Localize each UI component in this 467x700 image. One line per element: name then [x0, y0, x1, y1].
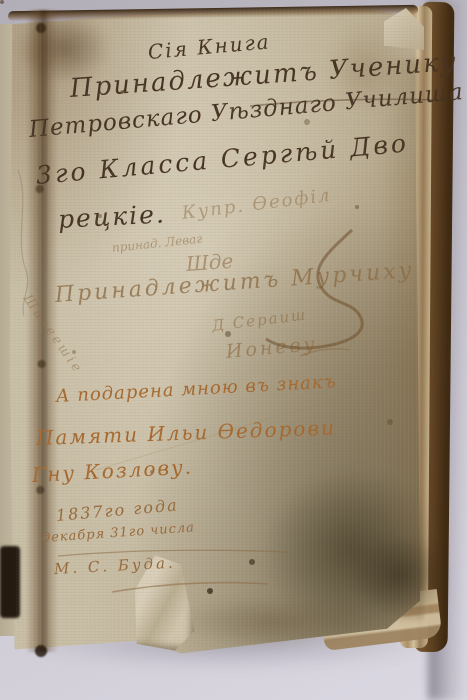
gutter-stain-spots: [34, 0, 48, 700]
spine-dark-corner: [0, 546, 20, 618]
stain-bottom-middle: [170, 596, 380, 648]
photo-antique-book-flyleaf: Сія Книга Принадлежитъ Ученику Петровска…: [0, 0, 467, 700]
fox-spots: [0, 0, 4, 4]
inscription-surname: рецкіе.: [57, 199, 166, 234]
